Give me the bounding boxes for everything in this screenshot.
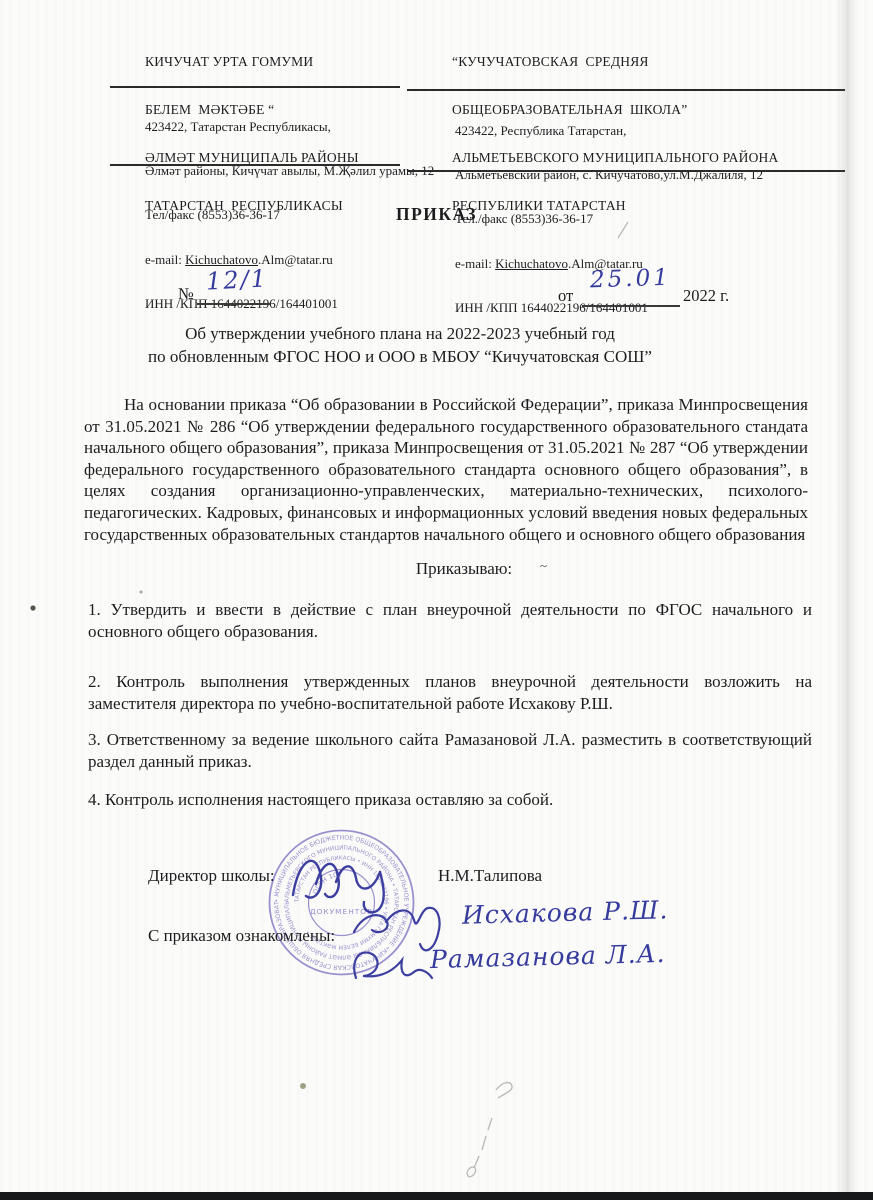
order-item-2: 2. Контроль выполнения утвержденных план… xyxy=(88,671,812,715)
divider xyxy=(407,89,845,91)
director-name: Н.М.Талипова xyxy=(438,866,542,886)
director-label: Директор школы: xyxy=(148,866,275,886)
scanned-order-page: КИЧУЧАТ УРТА ГОМУМИ БЕЛЕМ МӘКТӘБЕ “ ӘЛМӘ… xyxy=(0,0,873,1200)
org-line: КИЧУЧАТ УРТА ГОМУМИ xyxy=(145,54,359,70)
school-round-stamp: • МУНИЦИПАЛЬНОЕ БЮДЖЕТНОЕ ОБЩЕОБРАЗОВАТЕ… xyxy=(259,820,424,985)
order-item-4: 4. Контроль исполнения настоящего приказ… xyxy=(88,789,812,811)
order-item-3: 3. Ответственному за ведение школьного с… xyxy=(88,729,812,773)
ack-name-handwritten-1: Исхакова Р.Ш. xyxy=(462,895,669,929)
order-number-handwritten: 12/1 xyxy=(205,264,268,295)
divider xyxy=(110,164,400,166)
acknowledged-label: С приказом ознакомлены: xyxy=(148,926,335,946)
subject-line: Об утверждении учебного плана на 2022-20… xyxy=(80,323,720,346)
stamp-ogrn-text: ОГРН 102 xyxy=(311,870,342,895)
order-date-label: от xyxy=(558,286,573,306)
page-title: ПРИКАЗ xyxy=(0,204,873,225)
divider xyxy=(407,170,845,172)
number-blank-line xyxy=(197,303,271,305)
scanner-bottom-bar xyxy=(0,1192,873,1200)
stray-tilde-mark: ~ xyxy=(540,558,547,574)
address-line: Әлмәт районы, Кичүчат авылы, М.Җәлил ура… xyxy=(145,164,434,179)
order-number-label: № xyxy=(178,284,194,304)
order-item-1: 1. Утвердить и ввести в действие с план … xyxy=(88,599,812,643)
stamp-center-word: ДОКУМЕНТОВ xyxy=(310,907,373,916)
order-year: 2022 г. xyxy=(683,286,729,306)
org-line: “КУЧУЧАТОВСКАЯ СРЕДНЯЯ xyxy=(452,54,778,70)
subject-line: по обновленным ФГОС НОО и ООО в МБОУ “Ки… xyxy=(80,346,720,369)
ack-name-handwritten-2: Рамазанова Л.А. xyxy=(430,939,666,974)
page-edge-shadow xyxy=(836,0,862,1200)
email-label: e-mail: xyxy=(455,256,495,271)
order-subject: Об утверждении учебного плана на 2022-20… xyxy=(80,323,720,368)
resolution-word: Приказываю: xyxy=(84,559,844,579)
email-label: e-mail: xyxy=(145,252,185,267)
address-line: 423422, Татарстан Республикасы, xyxy=(145,120,434,135)
email-line: e-mail: Kichuchatovo.Alm@tatar.ru xyxy=(145,253,434,268)
date-blank-line xyxy=(582,305,680,307)
email-link-text: Kichuchatovo xyxy=(495,256,568,271)
stamp-outer-circle xyxy=(270,831,414,975)
email-tail: .Alm@tatar.ru xyxy=(258,252,333,267)
address-line: 423422, Республика Татарстан, xyxy=(455,124,763,139)
divider xyxy=(110,86,400,88)
order-date-handwritten: 25.01 xyxy=(590,265,672,294)
order-body-paragraph: На основании приказа “Об образовании в Р… xyxy=(84,394,808,545)
